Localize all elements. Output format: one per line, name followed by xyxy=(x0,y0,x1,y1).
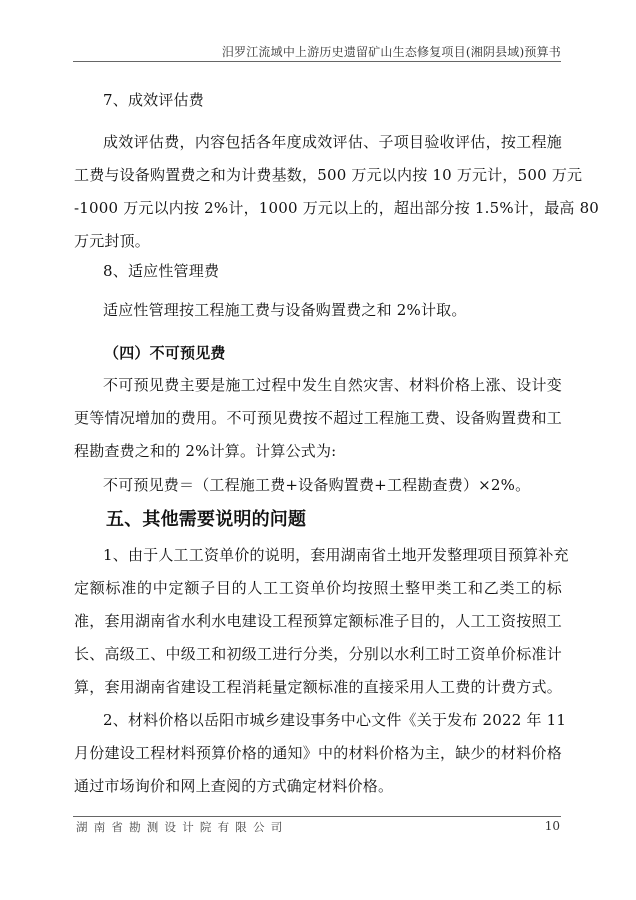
header-rule xyxy=(73,61,561,62)
section5-para1-line-5: 算，套用湖南省建设工程消耗量定额标准的直接采用人工费的计费方式。 xyxy=(74,678,562,696)
section4-heading: （四）不可预见费 xyxy=(104,344,226,362)
footer-rule xyxy=(73,816,561,817)
item7-heading: 7、成效评估费 xyxy=(103,91,204,109)
item7-line-1: 成效评估费，内容包括各年度成效评估、子项目验收评估，按工程施 xyxy=(103,133,562,151)
item8-line-1: 适应性管理按工程施工费与设备购置费之和 2%计取。 xyxy=(103,301,467,319)
section4-line-3: 程勘查费之和的 2%计算。计算公式为: xyxy=(74,442,336,460)
section4-formula: 不可预见费＝（工程施工费+设备购置费+工程勘查费）×2%。 xyxy=(103,476,530,494)
section5-heading: 五、其他需要说明的问题 xyxy=(106,511,306,529)
section5-para1-line-2: 定额标准的中定额子目的人工工资单价均按照土整甲类工和乙类工的标 xyxy=(74,579,562,597)
page-number: 10 xyxy=(545,819,560,833)
item8-heading: 8、适应性管理费 xyxy=(103,262,219,280)
running-header: 汨罗江流域中上游历史遗留矿山生态修复项目(湘阴县域)预算书 xyxy=(222,43,561,60)
section5-para2-line-1: 2、材料价格以岳阳市城乡建设事务中心文件《关于发布 2022 年 11 xyxy=(103,711,562,729)
section5-para1-line-1: 1、由于人工工资单价的说明，套用湖南省土地开发整理项目预算补充 xyxy=(103,546,562,564)
item7-line-4: 万元封顶。 xyxy=(74,232,150,250)
section5-para1-line-4: 长、高级工、中级工和初级工进行分类，分别以水利工时工资单价标准计 xyxy=(74,645,562,663)
footer-company: 湖南省勘测设计院有限公司 xyxy=(76,819,288,835)
item7-line-2: 工费与设备购置费之和为计费基数，500 万元以内按 10 万元计，500 万元 xyxy=(74,166,562,184)
section5-para2-line-3: 通过市场询价和网上查阅的方式确定材料价格。 xyxy=(74,777,393,795)
section4-line-2: 更等情况增加的费用。不可预见费按不超过工程施工费、设备购置费和工 xyxy=(74,409,562,427)
section5-para2-line-2: 月份建设工程材料预算价格的通知》中的材料价格为主，缺少的材料价格 xyxy=(74,744,562,762)
section5-para1-line-3: 准，套用湖南省水利水电建设工程预算定额标准子目的，人工工资按照工 xyxy=(74,612,562,630)
item7-line-3: -1000 万元以内按 2%计，1000 万元以上的，超出部分按 1.5%计，最… xyxy=(74,199,562,217)
document-page: 汨罗江流域中上游历史遗留矿山生态修复项目(湘阴县域)预算书 7、成效评估费 成效… xyxy=(0,0,636,900)
section4-line-1: 不可预见费主要是施工过程中发生自然灾害、材料价格上涨、设计变 xyxy=(103,376,562,394)
